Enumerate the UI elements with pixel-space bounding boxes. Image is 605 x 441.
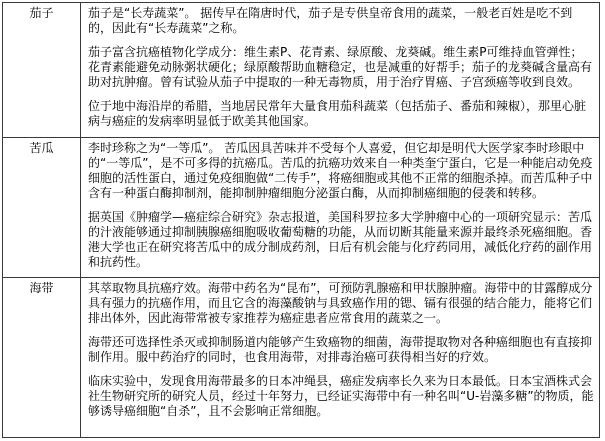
row-header-eggplant: 茄子 — [3, 3, 81, 138]
paragraph: 李时珍称之为“一等瓜”。 苦瓜因具苦味并不受每个人喜爱，但它却是明代大医学家李时… — [88, 141, 594, 201]
paragraph: 茄子是“长寿蔬菜”。 据传早在隋唐时代，茄子是专供皇帝食用的蔬菜，一般老百姓是吃… — [88, 6, 594, 36]
table-row-kelp: 海带 其萃取物具抗癌疗效。海带中药名为“昆布”，可预防乳腺癌和甲状腺肿瘤。海带中… — [3, 278, 600, 438]
paragraph: 位于地中海沿岸的希腊，当地居民常年大量食用茄科蔬菜（包括茄子、番茄和辣椒），那里… — [88, 99, 594, 129]
row-content-bitter-melon: 李时珍称之为“一等瓜”。 苦瓜因具苦味并不受每个人喜爱，但它却是明代大医学家李时… — [81, 138, 600, 278]
paragraph: 海带还可选择性杀灭或抑制肠道内能够产生致癌物的细菌，海带提取物对各种癌细胞也有直… — [88, 335, 594, 365]
paragraph: 据英国《肿瘤学—癌症综合研究》杂志报道，美国科罗拉多大学肿瘤中心的一项研究显示：… — [88, 210, 594, 270]
row-header-kelp: 海带 — [3, 278, 81, 438]
page: 茄子 茄子是“长寿蔬菜”。 据传早在隋唐时代，茄子是专供皇帝食用的蔬菜，一般老百… — [0, 0, 605, 441]
table-row-bitter-melon: 苦瓜 李时珍称之为“一等瓜”。 苦瓜因具苦味并不受每个人喜爱，但它却是明代大医学… — [3, 138, 600, 278]
paragraph: 茄子富含抗癌植物化学成分：维生素P、花青素、绿原酸、龙葵碱。维生素P可维持血管弹… — [88, 45, 594, 90]
table-row-eggplant: 茄子 茄子是“长寿蔬菜”。 据传早在隋唐时代，茄子是专供皇帝食用的蔬菜，一般老百… — [3, 3, 600, 138]
paragraph: 临床实验中，发现食用海带最多的日本冲绳县，癌症发病率长久来为日本最低。日本宝酒株… — [88, 374, 594, 419]
paragraph: 其萃取物具抗癌疗效。海带中药名为“昆布”，可预防乳腺癌和甲状腺肿瘤。海带中的甘露… — [88, 281, 594, 326]
row-content-eggplant: 茄子是“长寿蔬菜”。 据传早在隋唐时代，茄子是专供皇帝食用的蔬菜，一般老百姓是吃… — [81, 3, 600, 138]
anticancer-vegetable-table: 茄子 茄子是“长寿蔬菜”。 据传早在隋唐时代，茄子是专供皇帝食用的蔬菜，一般老百… — [2, 2, 600, 438]
row-label: 海带 — [29, 281, 53, 295]
row-label: 苦瓜 — [29, 141, 53, 155]
row-content-kelp: 其萃取物具抗癌疗效。海带中药名为“昆布”，可预防乳腺癌和甲状腺肿瘤。海带中的甘露… — [81, 278, 600, 438]
row-label: 茄子 — [29, 6, 53, 20]
row-header-bitter-melon: 苦瓜 — [3, 138, 81, 278]
